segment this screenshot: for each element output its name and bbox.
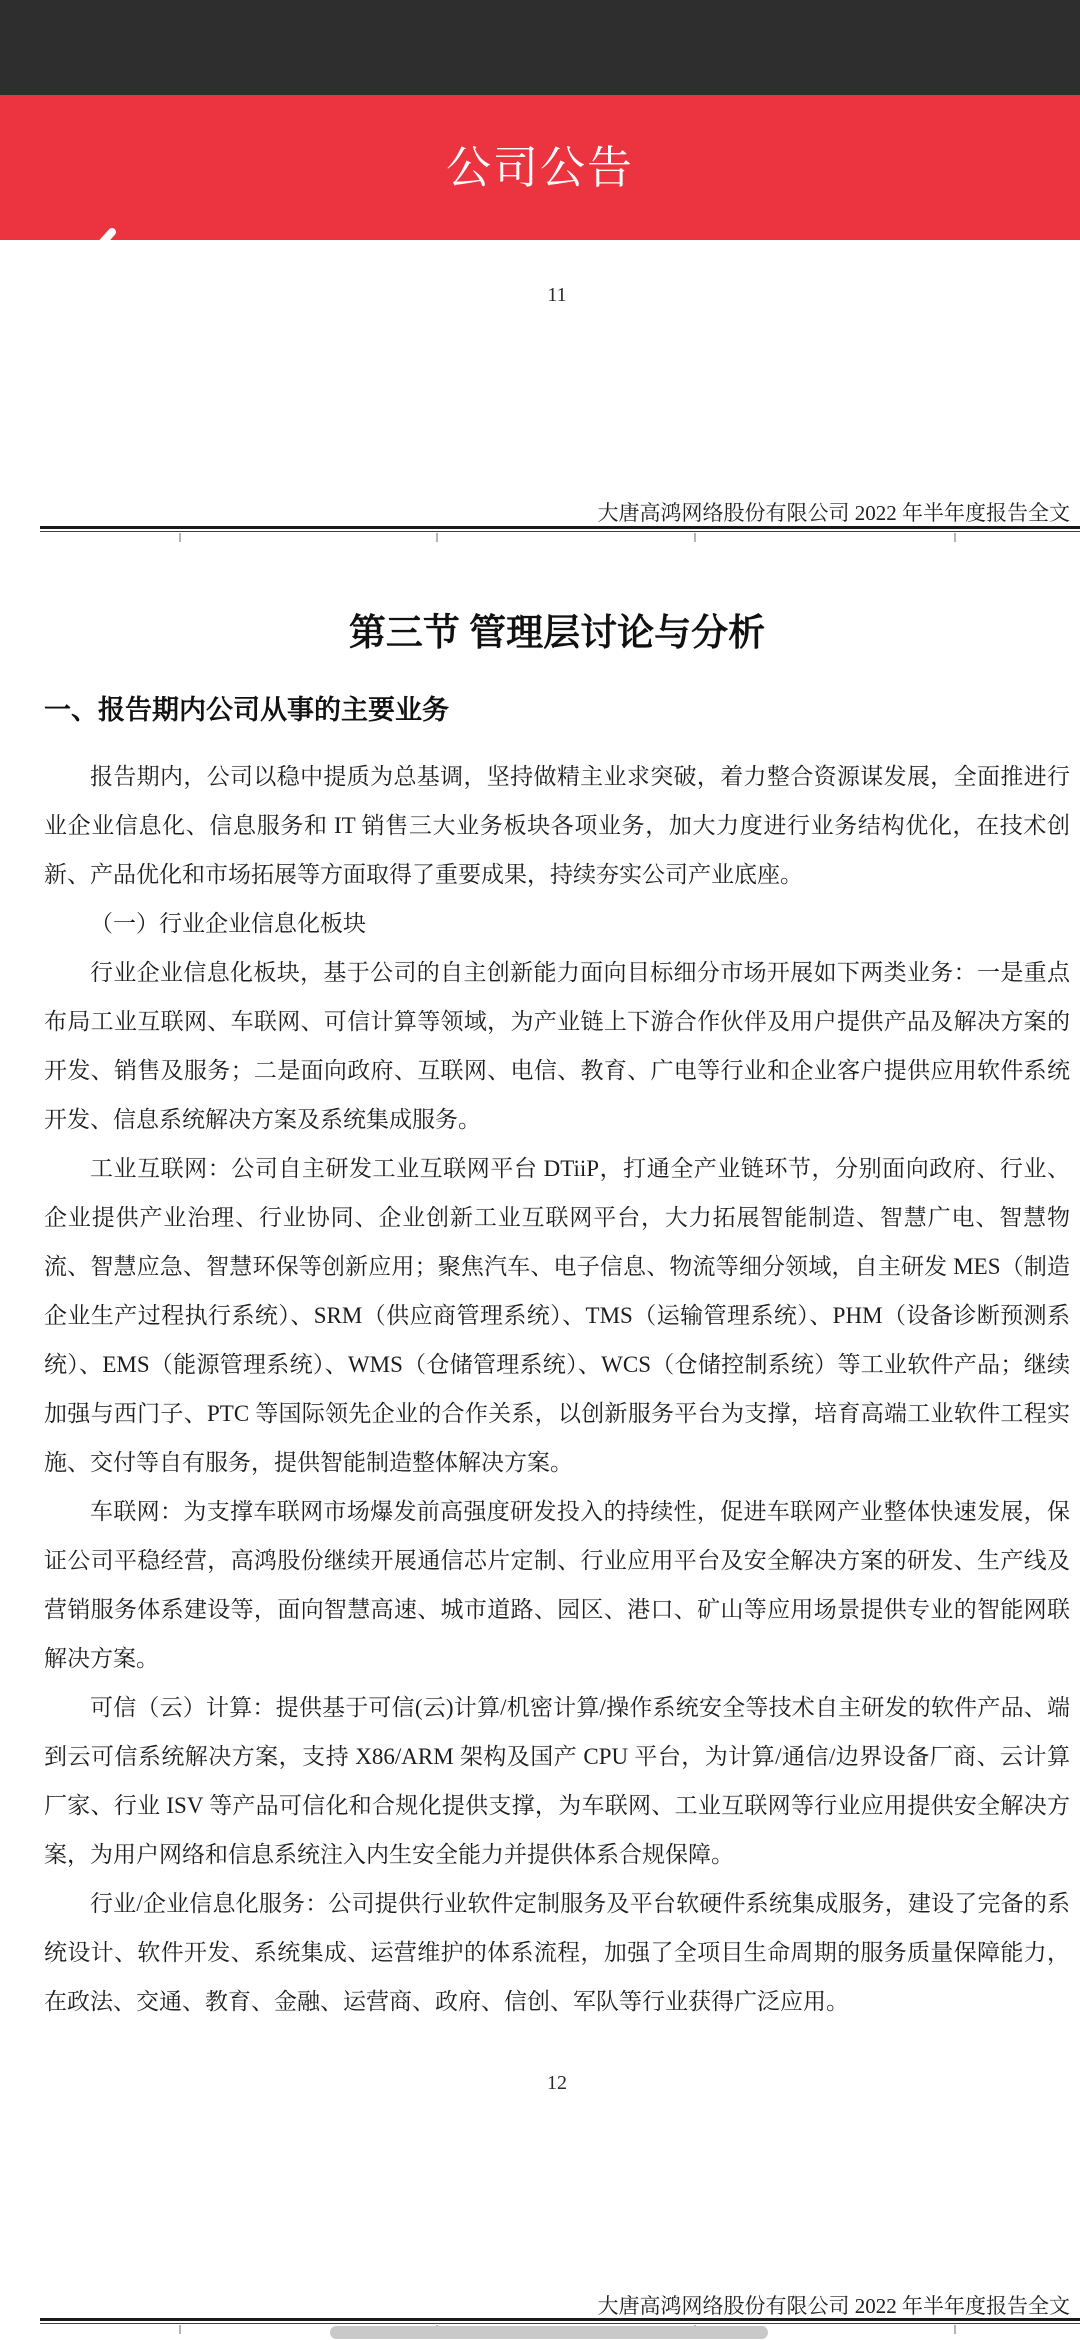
report-paragraph: 报告期内，公司以稳中提质为总基调，坚持做精主业求突破，着力整合资源谋发展，全面推… [44,752,1070,899]
pdf-document-view[interactable]: 11 大唐高鸿网络股份有限公司 2022 年半年度报告全文 第三节 管理层讨论与… [0,240,1080,2340]
report-paragraph: （一）行业企业信息化板块 [44,899,1070,948]
report-paragraph: 工业互联网：公司自主研发工业互联网平台 DTiiP，打通全产业链环节，分别面向政… [44,1144,1070,1487]
report-paragraph: 行业企业信息化板块，基于公司的自主创新能力面向目标细分市场开展如下两类业务：一是… [44,948,1070,1144]
status-bar [0,0,1080,95]
report-paragraph: 车联网：为支撑车联网市场爆发前高强度研发投入的持续性，促进车联网产业整体快速发展… [44,1487,1070,1683]
page-edge-tick [954,2325,956,2334]
page-edge-tick [954,533,956,542]
page-edge-tick [179,2325,181,2334]
report-body: 报告期内，公司以稳中提质为总基调，坚持做精主业求突破，着力整合资源谋发展，全面推… [44,752,1070,2026]
report-running-header: 大唐高鸿网络股份有限公司 2022 年半年度报告全文 [44,2291,1070,2321]
home-indicator[interactable] [330,2326,768,2339]
header-rule [40,2318,1080,2324]
page-number-11: 11 [44,281,1070,309]
page-edge-tick [694,533,696,542]
section-title: 第三节 管理层讨论与分析 [44,609,1070,659]
page-number-12: 12 [44,2069,1070,2097]
subsection-heading: 一、报告期内公司从事的主要业务 [44,692,1070,728]
header-rule [40,526,1080,532]
report-running-header: 大唐高鸿网络股份有限公司 2022 年半年度报告全文 [44,498,1070,528]
report-paragraph: 行业/企业信息化服务：公司提供行业软件定制服务及平台软硬件系统集成服务，建设了完… [44,1879,1070,2026]
report-paragraph: 可信（云）计算：提供基于可信(云)计算/机密计算/操作系统安全等技术自主研发的软… [44,1683,1070,1879]
page-edge-tick [436,533,438,542]
page-edge-tick [179,533,181,542]
app-header: 公司公告 [0,95,1080,240]
page-title: 公司公告 [0,95,1080,240]
